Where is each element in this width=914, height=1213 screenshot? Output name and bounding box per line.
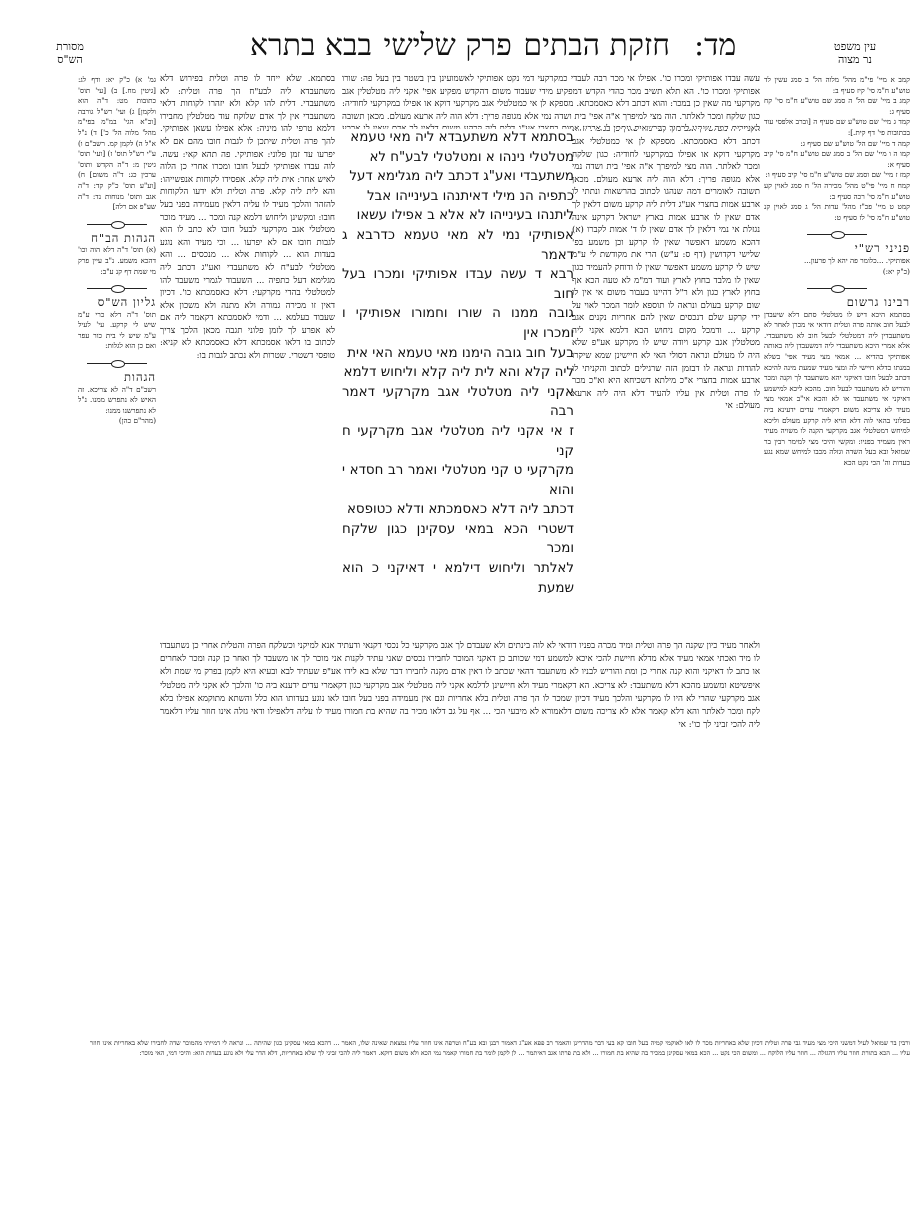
rashbam-top-span: עשה עבדו אפותיקי ומכרו כו'. אפילו אי מכר… [342, 73, 760, 129]
footnotes-text: ורבין בר שמואל לעיל דמשני היכי מצי מעיד … [90, 1038, 910, 1058]
tosafot-text: בסתמא. שלא ייחד לו פרה וטלית בפירוש דלא … [160, 73, 335, 363]
running-title: חזקת הבתים פרק שלישי בבא בתרא [250, 28, 670, 63]
chapter-ordinal: פרק שלישי [384, 28, 512, 63]
gemara-line: גובה ממנו ה שורו וחמורו אפותיקי ו ומכרו … [342, 304, 574, 343]
ein-mishpat-column: קמב א מיי' פי"מ מהל' מלוה הל' ב סמג עשין… [764, 75, 910, 870]
gemara-line: מקרקעי ט קני מטלטלי ואמר רב חסדא י והוא [342, 461, 574, 500]
hagahot-text: רשב"ם ד"ה לא צריכא. זה האיש לא נתפרש ממנ… [78, 385, 156, 417]
ornament-divider-icon [87, 285, 147, 291]
ornament-divider-icon [807, 231, 867, 237]
gemara-column: בסתמא דלא משתעבדא ליה מאי טעמא מטלטלי ני… [342, 128, 574, 598]
pninei-rashi-title: פניני רש"י [764, 243, 910, 254]
gemara-line: לאלתר וליחוש דילמא י דאיקני כ הוא שמעת [342, 559, 574, 598]
masoret-hashas-column: גמ' א) כ"ק יא: ודף לג: [גיטין מח.] ב) [ע… [78, 75, 156, 427]
hagahot-signature: (מהר"ם כהן) [78, 416, 156, 427]
tractate-name: בבא בתרא [250, 28, 372, 63]
gemara-line: אקני ליה מטלטלי אגב מקרקעי דאמר רבה [342, 383, 574, 422]
masoret-hashas-heading: מסורת הש"ס [45, 40, 95, 66]
rashbam-opening-text: עשה עבדו אפותיקי ומכרו כו'. אפילו אי מכר… [342, 73, 760, 129]
gemara-line: אפותיקי נמי לא מאי טעמא כדרבא ג דאמר [342, 226, 574, 265]
ein-mishpat-entry: קמט ט מיי' פכ"ז מהל' עדות הל' ג סמג לאוי… [764, 202, 910, 223]
pninei-rashi-ref: (כ"ק יא:) [764, 267, 910, 278]
gemara-line: בעל חוב גובה הימנו מאי טעמא האי אית [342, 344, 574, 364]
rabbeinu-gershom-text: בסתמא היכא דיש לו מטלטלי סתם דלא שיעבדן … [764, 310, 910, 870]
commentary-wide-block: ולאחר מעיד כיון שקנה הך פרה וטלית ומיד מ… [160, 640, 760, 1012]
masoret-hashas-text: גמ' א) כ"ק יא: ודף לג: [גיטין מח.] ב) [ע… [78, 75, 156, 213]
chapter-name: חזקת הבתים [523, 28, 670, 63]
rabbeinu-gershom-title: רבינו גרשום [764, 297, 910, 308]
hagahot-habach-text: (א) תוס' ד"ה דלא הוה וכו' דהכא משמע. נ"ב… [78, 245, 156, 277]
gemara-line: ז אי אקני ליה מטלטלי אגב מקרקעי ח קני [342, 422, 574, 461]
footnotes-block: ורבין בר שמואל לעיל דמשני היכי מצי מעיד … [90, 1038, 910, 1090]
ornament-divider-icon [87, 221, 147, 227]
gemara-line: ליה קלא והא לית ליה קלא וליחוש דלמא [342, 363, 574, 383]
gemara-line: מטלטלי נינהו א ומטלטלי לבע"ח לא [342, 148, 574, 168]
ein-mishpat-entry: קמו ה ו מיי' שם הל' ב סמג שם טוש"ע ח"מ ס… [764, 149, 910, 170]
tosafot-column: בסתמא. שלא ייחד לו פרה וטלית בפירוש דלא … [160, 73, 335, 578]
ein-mishpat-entry: קמד ג מיי' שם טוש"ע שם סעיף ה [וברב אלפס… [764, 117, 910, 138]
gemara-line: בסתמא דלא משתעבדא ליה מאי טעמא [342, 128, 574, 148]
hagahot-title: הגהות [78, 372, 156, 383]
ornament-divider-icon [87, 360, 147, 366]
ein-mishpat-entry: קמז ז מיי' שם וסמג שם טוש"ע ח"מ סי' קיב … [764, 170, 910, 181]
ein-mishpat-heading: עין משפט נר מצוה [820, 40, 890, 66]
daf-number: מד: [694, 28, 736, 63]
gemara-line: ליתנהו בעינייהו לא אלא ב אפילו עשאו [342, 206, 574, 226]
gemara-line: רבא ד עשה עבדו אפותיקי ומכרו בעל חוב [342, 265, 574, 304]
hagahot-habach-title: הגהות הב"ח [78, 233, 156, 244]
gemara-line: דכתב ליה דלא כאסמכתא ודלא כטופסא [342, 500, 574, 520]
ornament-divider-icon [807, 285, 867, 291]
ein-mishpat-entry: קמב א מיי' פי"מ מהל' מלוה הל' ב סמג עשין… [764, 75, 910, 96]
gemara-line: משתעבדי ואע"ג דכתב ליה מגלימא דעל [342, 167, 574, 187]
rashbam-column: עשה עבדו אפותיקי ומכרו כו'. אפילו אי מכר… [572, 73, 760, 578]
ein-mishpat-entry: קמח ח מיי' פי"ט מהל' מכירה הל' ח סמג לאו… [764, 181, 910, 202]
gilyon-hashas-text: תוס' ד"ה דלא כרי ע"מ שיש לי קרקע. עי' לע… [78, 310, 156, 352]
ein-mishpat-entry: קמה ד מיי' שם הל' טוש"ע שם סעיף ג: [764, 139, 910, 150]
ein-mishpat-entry: קמג ב מיי' שם הל' ה סמג שם טוש"ע ח"מ סי'… [764, 96, 910, 117]
gemara-line: כתפיה הנ מילי דאיתנהו בעינייהו אבל [342, 187, 574, 207]
pninei-rashi-text: אפותיקי. ...כלומר פה יהא לך פרעון... [764, 256, 910, 267]
gilyon-hashas-title: גליון הש"ס [78, 297, 156, 308]
gemara-line: דשטרי הכא במאי עסקינן כגון שלקח ומכר [342, 520, 574, 559]
commentary-wide-text: ולאחר מעיד כיון שקנה הך פרה וטלית ומיד מ… [160, 640, 760, 732]
